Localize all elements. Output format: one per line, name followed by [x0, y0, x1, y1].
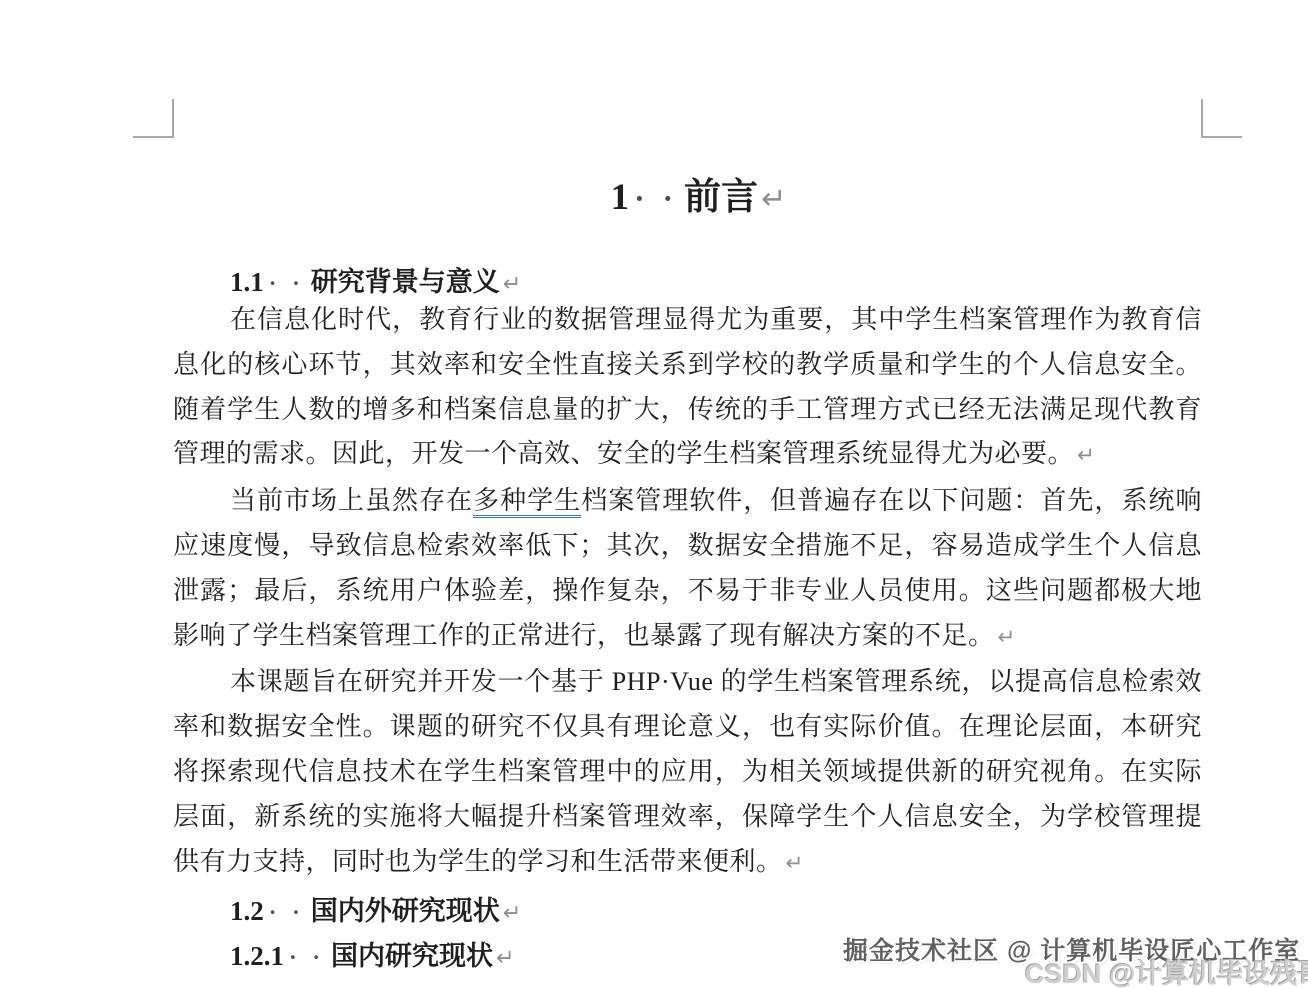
text-line: 在信息化时代，教育行业的数据管理显得尤为重要，其中学生档案管理作为教育信	[173, 298, 1202, 343]
text-run: 层面，新系统的实施将大幅提升档案管理效率，保障学生个人信息安全，为学校管理提	[173, 802, 1202, 831]
paragraph-mark-icon: ↵	[761, 182, 786, 217]
paragraph-mark-icon: ↵	[496, 945, 515, 971]
crop-mark-top-right-horizontal	[1201, 136, 1242, 138]
text-run: 影响了学生档案管理工作的正常进行，也暴露了现有解决方案的不足。	[173, 621, 995, 650]
text-line: 泄露；最后，系统用户体验差，操作复杂，不易于非专业人员使用。这些问题都极大地	[173, 569, 1202, 614]
paragraph-problems: 当前市场上虽然存在多种学生档案管理软件，但普遍存在以下问题：首先，系统响应速度慢…	[173, 479, 1202, 660]
crop-mark-top-left-horizontal	[133, 136, 174, 138]
paragraph-topic: 本课题旨在研究并开发一个基于 PHP·Vue 的学生档案管理系统，以提高信息检索…	[173, 660, 1202, 886]
paragraph-mark-icon: ↵	[503, 271, 522, 297]
grammar-underlined-text: 多种学生	[473, 486, 581, 518]
text-line: 率和数据安全性。课题的研究不仅具有理论意义，也有实际价值。在理论层面，本研究	[173, 705, 1202, 750]
text-line: 影响了学生档案管理工作的正常进行，也暴露了现有解决方案的不足。↵	[173, 614, 1202, 661]
crop-mark-top-left-vertical	[172, 99, 174, 138]
space-marks: · ·	[634, 181, 678, 216]
heading-number: 1.2	[230, 896, 264, 926]
paragraph-background: 在信息化时代，教育行业的数据管理显得尤为重要，其中学生档案管理作为教育信息化的核…	[173, 298, 1202, 479]
text-run: 当前市场上虽然存在	[230, 486, 473, 515]
text-line: 管理的需求。因此，开发一个高效、安全的学生档案管理系统显得尤为必要。↵	[173, 432, 1202, 479]
text-run: 息化的核心环节，其效率和安全性直接关系到学校的教学质量和学生的个人信息安全。	[173, 350, 1202, 379]
document-page: 1· ·前言↵ 1.1· ·研究背景与意义↵ 在信息化时代，教育行业的数据管理显…	[0, 0, 1308, 988]
paragraph-mark-icon: ↵	[998, 625, 1016, 650]
text-run: 泄露；最后，系统用户体验差，操作复杂，不易于非专业人员使用。这些问题都极大地	[173, 576, 1202, 605]
text-line: 应速度慢，导致信息检索效率低下；其次，数据安全措施不足，容易造成学生个人信息	[173, 524, 1202, 569]
text-body: 1· ·前言↵ 1.1· ·研究背景与意义↵ 在信息化时代，教育行业的数据管理显…	[173, 138, 1202, 972]
text-run: 档案管理软件，但普遍存在以下问题：首先，系统响	[581, 486, 1202, 515]
heading-1-2: 1.2· ·国内外研究现状↵	[173, 895, 1202, 927]
text-run: 将探索现代信息技术在学生档案管理中的应用，为相关领域提供新的研究视角。在实际	[173, 757, 1202, 786]
heading-label: 国内外研究现状	[311, 896, 500, 926]
text-line: 层面，新系统的实施将大幅提升档案管理效率，保障学生个人信息安全，为学校管理提	[173, 795, 1202, 840]
text-line: 息化的核心环节，其效率和安全性直接关系到学校的教学质量和学生的个人信息安全。	[173, 343, 1202, 388]
text-run: 供有力支持，同时也为学生的学习和生活带来便利。	[173, 847, 783, 876]
text-line: 本课题旨在研究并开发一个基于 PHP·Vue 的学生档案管理系统，以提高信息检索…	[173, 660, 1202, 705]
paragraph-mark-icon: ↵	[1077, 443, 1095, 468]
crop-mark-top-right-vertical	[1201, 99, 1203, 138]
text-run: 率和数据安全性。课题的研究不仅具有理论意义，也有实际价值。在理论层面，本研究	[173, 712, 1202, 741]
space-marks: · ·	[289, 945, 325, 970]
heading-1-1: 1.1· ·研究背景与意义↵	[173, 266, 1202, 298]
text-line: 随着学生人数的增多和档案信息量的扩大，传统的手工管理方式已经无法满足现代教育	[173, 388, 1202, 433]
heading-1-2-1: 1.2.1· ·国内研究现状↵	[173, 940, 1202, 972]
paragraph-mark-icon: ↵	[786, 851, 804, 876]
text-line: 供有力支持，同时也为学生的学习和生活带来便利。↵	[173, 840, 1202, 887]
paragraph-mark-icon: ↵	[503, 900, 522, 926]
text-run: 本课题旨在研究并开发一个基于 PHP·Vue 的学生档案管理系统，以提高信息检索…	[230, 667, 1202, 696]
chapter-number: 1	[611, 177, 630, 218]
heading-label: 研究背景与意义	[311, 267, 500, 297]
text-run: 随着学生人数的增多和档案信息量的扩大，传统的手工管理方式已经无法满足现代教育	[173, 395, 1202, 424]
heading-label: 国内研究现状	[331, 941, 493, 971]
text-line: 当前市场上虽然存在多种学生档案管理软件，但普遍存在以下问题：首先，系统响	[173, 479, 1202, 524]
text-line: 将探索现代信息技术在学生档案管理中的应用，为相关领域提供新的研究视角。在实际	[173, 750, 1202, 795]
text-run: 在信息化时代，教育行业的数据管理显得尤为重要，其中学生档案管理作为教育信	[230, 305, 1202, 334]
chapter-label: 前言	[684, 177, 758, 218]
space-marks: · ·	[269, 271, 305, 296]
text-run: 管理的需求。因此，开发一个高效、安全的学生档案管理系统显得尤为必要。	[173, 439, 1074, 468]
heading-number: 1.2.1	[230, 941, 284, 971]
text-run: 应速度慢，导致信息检索效率低下；其次，数据安全措施不足，容易造成学生个人信息	[173, 531, 1202, 560]
chapter-title: 1· ·前言↵	[173, 176, 1202, 220]
space-marks: · ·	[269, 900, 305, 925]
heading-number: 1.1	[230, 267, 264, 297]
